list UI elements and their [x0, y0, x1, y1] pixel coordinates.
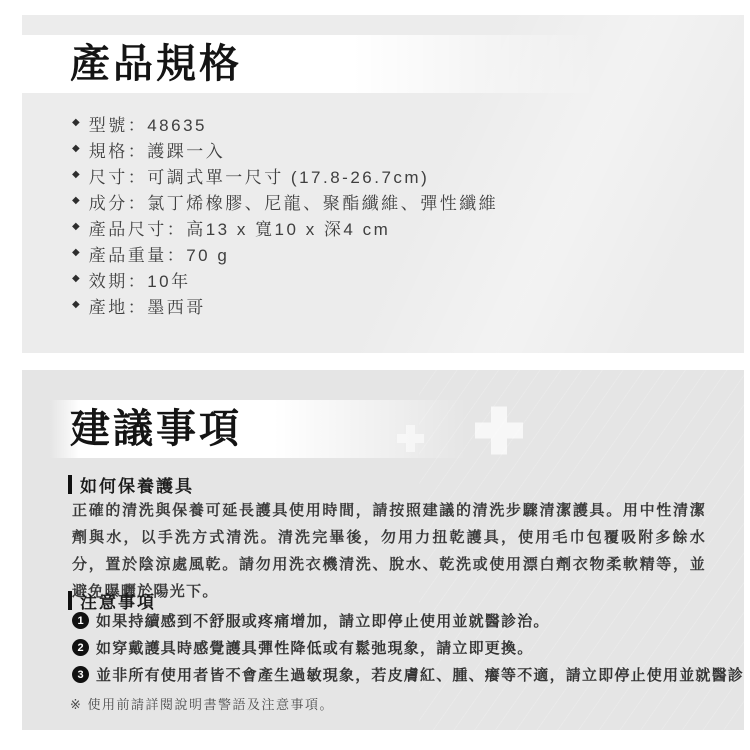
- spec-item-text: 產品尺寸：高13 x 寬10 x 深4 cm: [89, 215, 391, 240]
- diamond-bullet-icon: ◆: [72, 170, 80, 180]
- care-instructions-paragraph: 正確的清洗與保養可延長護具使用時間，請按照建議的清洗步驟清潔護具。用中性清潔劑與…: [72, 497, 706, 605]
- advice-panel: 建議事項 如何保養護具 正確的清洗與保養可延長護具使用時間，請按照建議的清洗步驟…: [22, 370, 744, 730]
- circled-number-icon: 2: [72, 639, 89, 656]
- heading-bar: [68, 475, 72, 494]
- spec-item-text: 成分：氯丁烯橡膠、尼龍、聚酯纖維、彈性纖維: [89, 189, 499, 214]
- spec-title-band: 產品規格: [22, 35, 622, 93]
- caution-item-text: 並非所有使用者皆不會產生過敏現象，若皮膚紅、腫、癢等不適，請立即停止使用並就醫診…: [96, 664, 744, 685]
- plus-icon: [475, 406, 523, 455]
- caution-item-text: 如果持續感到不舒服或疼痛增加，請立即停止使用並就醫診治。: [96, 610, 550, 631]
- diamond-bullet-icon: ◆: [72, 144, 80, 154]
- usage-footnote: ※ 使用前請詳閱說明書警語及注意事項。: [70, 694, 334, 713]
- spec-item-text: 型號：48635: [89, 111, 207, 136]
- heading-bar: [68, 591, 72, 610]
- caution-item: 2 如穿戴護具時感覺護具彈性降低或有鬆弛現象，請立即更換。: [72, 637, 533, 658]
- spec-item-text: 產地：墨西哥: [89, 293, 206, 318]
- spec-section-title: 產品規格: [22, 35, 242, 93]
- advice-section-title: 建議事項: [50, 400, 242, 458]
- caution-item: 1 如果持續感到不舒服或疼痛增加，請立即停止使用並就醫診治。: [72, 610, 550, 631]
- diamond-bullet-icon: ◆: [72, 274, 80, 284]
- spec-item-model: ◆ 型號：48635: [72, 110, 498, 136]
- care-subheading: 如何保養護具: [68, 472, 194, 497]
- spec-item-text: 規格：護踝一入: [89, 137, 226, 162]
- spec-item-format: ◆ 規格：護踝一入: [72, 136, 498, 162]
- spec-item-dimensions: ◆ 產品尺寸：高13 x 寬10 x 深4 cm: [72, 214, 498, 240]
- spec-list: ◆ 型號：48635 ◆ 規格：護踝一入 ◆ 尺寸：可調式單一尺寸 (17.8-…: [72, 110, 498, 318]
- spec-item-weight: ◆ 產品重量：70 g: [72, 240, 498, 266]
- diamond-bullet-icon: ◆: [72, 248, 80, 258]
- spec-item-text: 產品重量：70 g: [89, 241, 230, 266]
- spec-item-size: ◆ 尺寸：可調式單一尺寸 (17.8-26.7cm): [72, 162, 498, 188]
- spec-item-material: ◆ 成分：氯丁烯橡膠、尼龍、聚酯纖維、彈性纖維: [72, 188, 498, 214]
- spec-item-text: 效期：10年: [89, 267, 191, 292]
- diamond-bullet-icon: ◆: [72, 300, 80, 310]
- spec-item-text: 尺寸：可調式單一尺寸 (17.8-26.7cm): [89, 163, 430, 188]
- product-detail-page: 產品規格 ◆ 型號：48635 ◆ 規格：護踝一入 ◆ 尺寸：可調式單一尺寸 (…: [0, 0, 750, 750]
- advice-title-band: 建議事項: [50, 400, 480, 458]
- caution-item-text: 如穿戴護具時感覺護具彈性降低或有鬆弛現象，請立即更換。: [96, 637, 533, 658]
- spec-item-origin: ◆ 產地：墨西哥: [72, 292, 498, 318]
- diamond-bullet-icon: ◆: [72, 222, 80, 232]
- care-subheading-text: 如何保養護具: [80, 472, 194, 497]
- product-spec-panel: 產品規格 ◆ 型號：48635 ◆ 規格：護踝一入 ◆ 尺寸：可調式單一尺寸 (…: [22, 15, 744, 353]
- spec-item-shelf-life: ◆ 效期：10年: [72, 266, 498, 292]
- caution-item: 3 並非所有使用者皆不會產生過敏現象，若皮膚紅、腫、癢等不適，請立即停止使用並就…: [72, 664, 744, 685]
- diamond-bullet-icon: ◆: [72, 118, 80, 128]
- circled-number-icon: 1: [72, 612, 89, 629]
- circled-number-icon: 3: [72, 666, 89, 683]
- diamond-bullet-icon: ◆: [72, 196, 80, 206]
